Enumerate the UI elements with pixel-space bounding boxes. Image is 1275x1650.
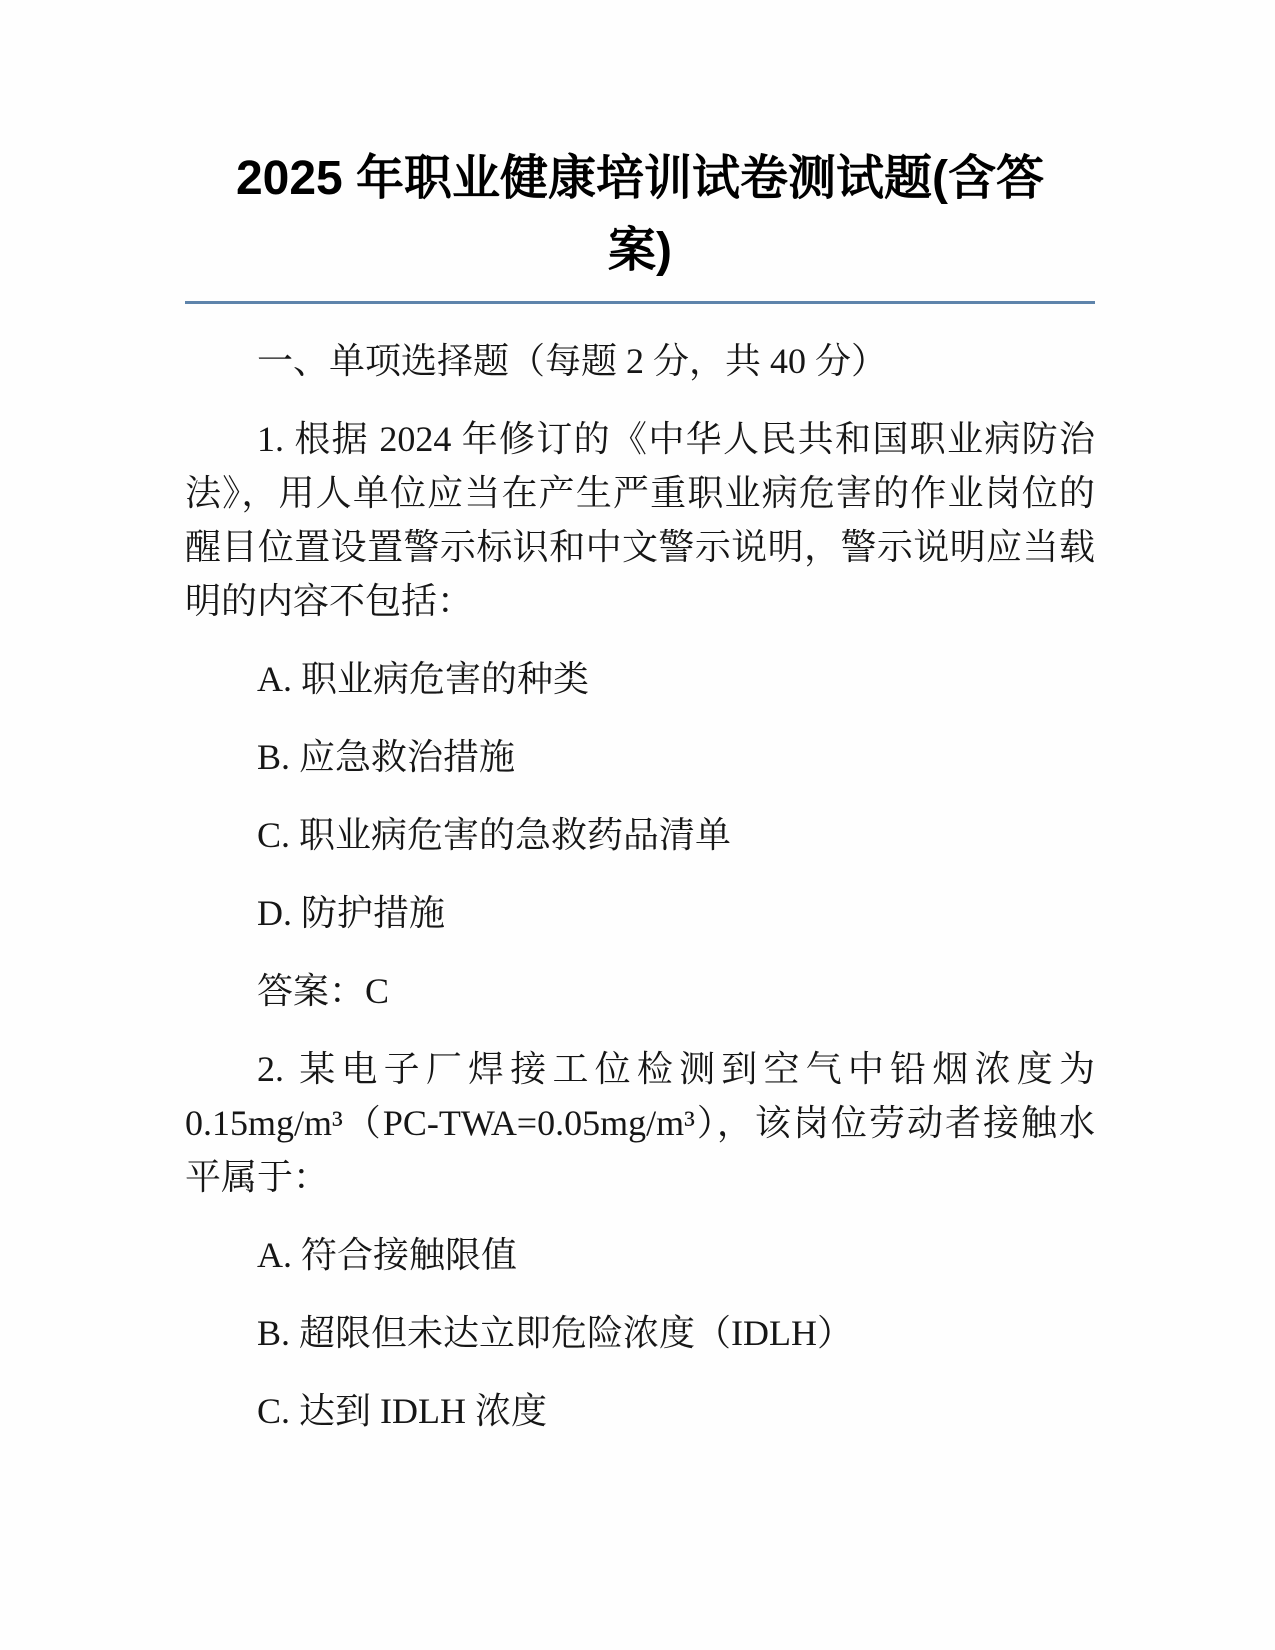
- section-heading: 一、单项选择题（每题 2 分，共 40 分）: [185, 334, 1095, 388]
- question-1-option-d: D. 防护措施: [185, 886, 1095, 940]
- question-2-stem: 2. 某电子厂焊接工位检测到空气中铅烟浓度为 0.15mg/m³（PC-TWA=…: [185, 1042, 1095, 1204]
- question-2-option-b: B. 超限但未达立即危险浓度（IDLH）: [185, 1306, 1095, 1360]
- question-2-option-a: A. 符合接触限值: [185, 1228, 1095, 1282]
- question-1-option-a: A. 职业病危害的种类: [185, 652, 1095, 706]
- question-2-option-c: C. 达到 IDLH 浓度: [185, 1384, 1095, 1438]
- document-page: 2025 年职业健康培训试卷测试题(含答案) 一、单项选择题（每题 2 分，共 …: [0, 0, 1275, 1650]
- question-1-stem: 1. 根据 2024 年修订的《中华人民共和国职业病防治法》，用人单位应当在产生…: [185, 412, 1095, 628]
- question-1-option-c: C. 职业病危害的急救药品清单: [185, 808, 1095, 862]
- question-1-option-b: B. 应急救治措施: [185, 730, 1095, 784]
- document-body: 一、单项选择题（每题 2 分，共 40 分） 1. 根据 2024 年修订的《中…: [185, 334, 1095, 1438]
- page-title: 2025 年职业健康培训试卷测试题(含答案): [218, 143, 1063, 287]
- question-1-answer: 答案：C: [185, 964, 1095, 1018]
- title-divider: [185, 301, 1095, 304]
